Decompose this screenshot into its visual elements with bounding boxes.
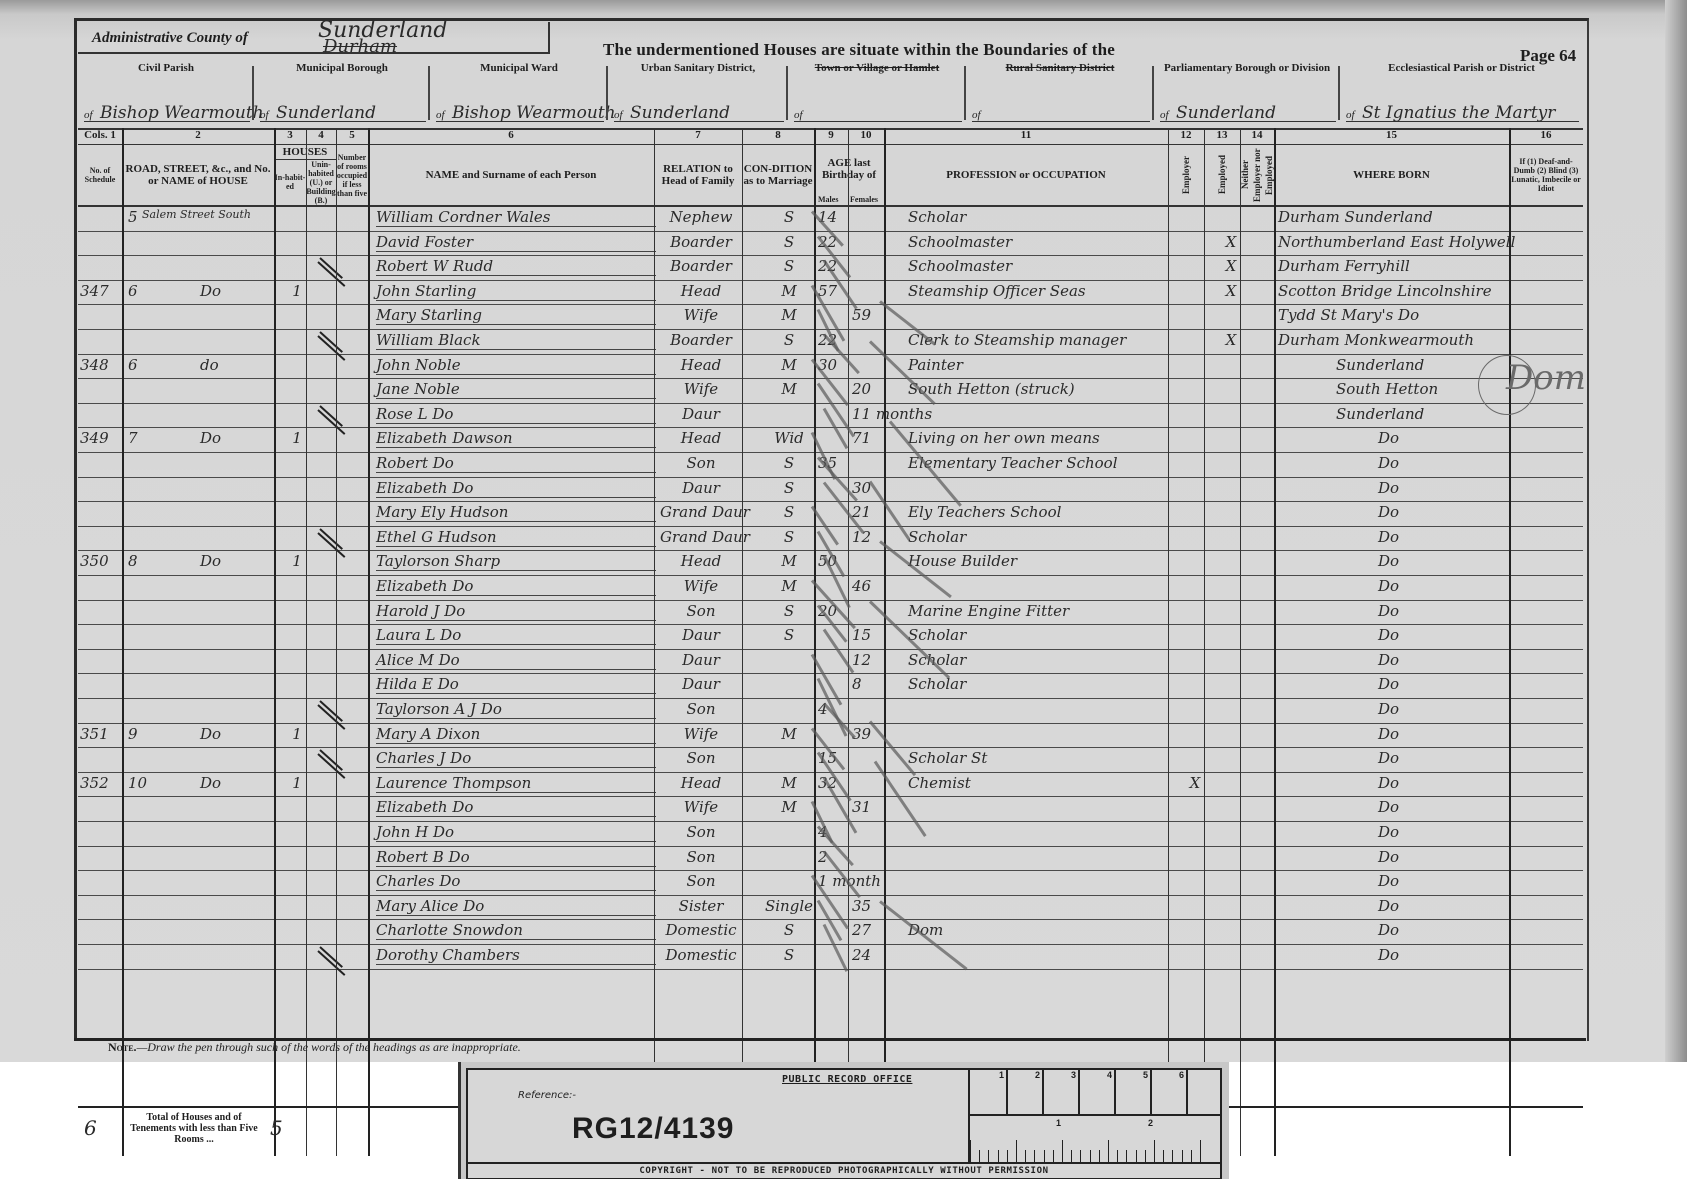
column-divider: [848, 128, 849, 1156]
relation-to-head: Son: [660, 454, 742, 472]
boundary-field-label: Civil Parish: [78, 62, 254, 75]
occupation: Scholar: [908, 208, 1186, 226]
occupation: Steamship Officer Seas: [908, 282, 1186, 300]
occupation: Schoolmaster: [908, 257, 1186, 275]
marital-condition: Single: [756, 897, 822, 915]
table-row: Dorothy ChambersDomesticS24Do: [78, 944, 1583, 970]
female-age: 12: [852, 651, 882, 669]
birthplace: Scotton Bridge Lincolnshire: [1278, 282, 1507, 300]
person-name: Ethel G Hudson: [376, 528, 656, 547]
relation-to-head: Wife: [660, 380, 742, 398]
birthplace: Do: [1378, 528, 1607, 546]
relation-to-head: Sister: [660, 897, 742, 915]
column-header-houses: HOUSES: [274, 145, 336, 160]
boundary-field-prefix: of: [794, 109, 803, 121]
person-name: Elizabeth Dawson: [376, 429, 656, 448]
birthplace: Do: [1378, 897, 1607, 915]
copyright-notice: COPYRIGHT - NOT TO BE REPRODUCED PHOTOGR…: [468, 1162, 1220, 1178]
house-number: 7: [128, 429, 138, 447]
column-header-cond: CON-DITION as to Marriage: [742, 145, 814, 205]
person-name: Mary Starling: [376, 306, 656, 325]
house-number: 5: [128, 208, 138, 226]
birthplace: Sunderland: [1336, 405, 1565, 423]
house-number: 9: [128, 725, 138, 743]
relation-to-head: Wife: [660, 306, 742, 324]
boundary-field: Municipal WardofBishop Wearmouth: [430, 58, 608, 128]
birthplace: Do: [1378, 823, 1607, 841]
boundary-field-prefix: of: [1346, 109, 1355, 121]
road-name: Do: [200, 725, 221, 743]
boundary-field-value: St Ignatius the Martyr: [1362, 103, 1555, 123]
relation-to-head: Daur: [660, 675, 742, 693]
field-divider: [964, 66, 966, 120]
table-row: Alice M DoDaur12ScholarDo: [78, 649, 1583, 675]
relation-to-head: Son: [660, 872, 742, 890]
column-divider: [654, 128, 655, 1156]
birthplace: Do: [1378, 602, 1607, 620]
boundary-field-value-line: ofBishop Wearmouth: [436, 95, 604, 122]
employed-mark: X: [1216, 257, 1246, 275]
column-divider: [1274, 128, 1276, 1156]
column-header-text: Employer: [1180, 156, 1192, 194]
relation-to-head: Head: [660, 774, 742, 792]
occupation: Schoolmaster: [908, 233, 1186, 251]
relation-to-head: Domestic: [660, 921, 742, 939]
ruler-minor-tick: [1182, 1150, 1183, 1162]
person-name: David Foster: [376, 233, 656, 252]
note-text: —Draw the pen through such of the words …: [137, 1040, 521, 1054]
person-name: William Cordner Wales: [376, 208, 656, 227]
ruler-minor-tick: [1154, 1140, 1155, 1162]
field-divider: [606, 66, 608, 120]
birthplace: Do: [1378, 946, 1607, 964]
ruler-mark: 6: [1150, 1070, 1188, 1114]
occupation: Elementary Teacher School: [908, 454, 1186, 472]
relation-to-head: Daur: [660, 626, 742, 644]
marital-condition: M: [756, 774, 822, 792]
column-header-road: ROAD, STREET, &c., and No. or NAME of HO…: [122, 145, 274, 205]
female-age: 59: [852, 306, 882, 324]
field-divider: [1338, 66, 1340, 120]
column-number: 14: [1240, 129, 1274, 141]
column-divider: [814, 128, 816, 1156]
ruler-minor-tick: [979, 1150, 980, 1162]
relation-to-head: Son: [660, 848, 742, 866]
administrative-county-box: Administrative County of Sunderland Durh…: [78, 22, 550, 54]
occupation: Marine Engine Fitter: [908, 602, 1186, 620]
marital-condition: S: [756, 454, 822, 472]
birthplace: Do: [1378, 749, 1607, 767]
relation-to-head: Son: [660, 602, 742, 620]
relation-to-head: Daur: [660, 479, 742, 497]
boundary-field-label: Town or Village or Hamlet: [788, 62, 966, 75]
employer-mark: X: [1180, 774, 1210, 792]
ruler-minor-tick: [1025, 1150, 1026, 1162]
birthplace: Do: [1378, 700, 1607, 718]
boundary-field-prefix: of: [614, 109, 623, 121]
admin-county-struck: Durham: [323, 36, 397, 57]
column-divider: [1204, 128, 1205, 1156]
ruler-sub-mark: 1: [1056, 1118, 1061, 1128]
female-age: 20: [852, 380, 882, 398]
road-name: do: [200, 356, 219, 374]
schedule-number: 348: [80, 356, 118, 374]
female-age: 12: [852, 528, 882, 546]
relation-to-head: Wife: [660, 798, 742, 816]
relation-to-head: Grand Daur: [660, 528, 742, 546]
boundary-field-value: Bishop Wearmouth: [100, 103, 264, 123]
person-name: Harold J Do: [376, 602, 656, 621]
person-name: Elizabeth Do: [376, 479, 656, 498]
column-number: 7: [654, 129, 742, 141]
boundary-field-label: Parliamentary Borough or Division: [1154, 62, 1340, 75]
relation-to-head: Son: [660, 700, 742, 718]
column-divider: [742, 128, 743, 1156]
female-age: 11 months: [852, 405, 882, 423]
column-number: 16: [1509, 129, 1583, 141]
boundary-field-value-line: ofSt Ignatius the Martyr: [1346, 95, 1579, 122]
ruler-minor-tick: [970, 1140, 971, 1162]
house-number: 8: [128, 552, 138, 570]
occupation: Scholar St: [908, 749, 1186, 767]
person-name: Taylorson A J Do: [376, 700, 656, 719]
ruler-minor-tick: [1080, 1150, 1081, 1162]
person-name: Rose L Do: [376, 405, 656, 424]
marital-condition: M: [756, 306, 822, 324]
birthplace: Do: [1378, 725, 1607, 743]
column-number: 3: [274, 129, 306, 141]
birthplace: Do: [1378, 921, 1607, 939]
person-name: John Noble: [376, 356, 656, 375]
road-name: Do: [200, 282, 221, 300]
birthplace: Northumberland East Holywell: [1278, 233, 1507, 251]
ruler-minor-tick: [1071, 1150, 1072, 1162]
boundary-field-prefix: of: [436, 109, 445, 121]
boundary-field-value: Bishop Wearmouth: [452, 103, 616, 123]
page-edge: [1665, 0, 1687, 1062]
person-name: Jane Noble: [376, 380, 656, 399]
marital-condition: M: [756, 552, 822, 570]
ruler-minor-tick: [1007, 1150, 1008, 1162]
ruler-mark: 1: [970, 1070, 1008, 1114]
ruler-minor-tick: [1099, 1150, 1100, 1162]
ruler-minor-tick: [1044, 1150, 1045, 1162]
ruler-minor-tick: [1126, 1150, 1127, 1162]
person-name: Mary Alice Do: [376, 897, 656, 916]
houses-total-value: 5: [270, 1116, 283, 1140]
table-row: Ethel G HudsonGrand DaurS12ScholarDo: [78, 526, 1583, 552]
boundary-field-value: Sunderland: [276, 103, 376, 123]
occupation: Scholar: [908, 528, 1186, 546]
note-prefix: Note.: [108, 1040, 137, 1054]
field-divider: [428, 66, 430, 120]
field-divider: [252, 66, 254, 120]
table-row: Mary Ely HudsonGrand DaurS21Ely Teachers…: [78, 501, 1583, 527]
birthplace: Durham Monkwearmouth: [1278, 331, 1507, 349]
column-header-age: AGE last Birthday of: [814, 145, 884, 193]
column-header-rooms: Number of rooms occupied if less than fi…: [336, 145, 368, 205]
ruler-minor-tick: [1163, 1150, 1164, 1162]
occupation: Clerk to Steamship manager: [908, 331, 1186, 349]
column-header-text: Neither Employer nor Employed: [1239, 145, 1275, 205]
boundary-field-value-line: ofSunderland: [260, 95, 426, 122]
boundary-field-label: Rural Sanitary District: [966, 62, 1154, 75]
field-divider: [786, 66, 788, 120]
ruler-minor-tick: [1016, 1140, 1017, 1162]
road-name: Do: [200, 774, 221, 792]
person-name: Dorothy Chambers: [376, 946, 656, 965]
ruler-mark: 2: [1006, 1070, 1044, 1114]
column-header-born: WHERE BORN: [1274, 145, 1509, 205]
column-divider: [274, 128, 276, 1156]
female-age: 71: [852, 429, 882, 447]
road-name: Salem Street South: [142, 208, 251, 221]
relation-to-head: Grand Daur: [660, 503, 742, 521]
marital-condition: M: [756, 380, 822, 398]
boundary-field-label: Municipal Borough: [254, 62, 430, 75]
marital-condition: S: [756, 233, 822, 251]
occupation: House Builder: [908, 552, 1186, 570]
female-age: 8: [852, 675, 882, 693]
employed-mark: X: [1216, 331, 1246, 349]
column-number: 12: [1168, 129, 1204, 141]
marital-condition: S: [756, 921, 822, 939]
record-office-label: PUBLIC RECORD OFFICE: [782, 1074, 912, 1085]
occupation: Living on her own means: [908, 429, 1186, 447]
ruler-minor-tick: [1117, 1150, 1118, 1162]
column-number: 11: [884, 129, 1168, 141]
female-age: 24: [852, 946, 882, 964]
marital-condition: S: [756, 626, 822, 644]
occupation: Scholar: [908, 651, 1186, 669]
table-row: Elizabeth DoWifeM31Do: [78, 796, 1583, 822]
column-number: 6: [368, 129, 654, 141]
schedule-number: 349: [80, 429, 118, 447]
relation-to-head: Son: [660, 823, 742, 841]
boundary-field-value-line: ofSunderland: [614, 95, 784, 122]
relation-to-head: Daur: [660, 651, 742, 669]
column-header-males: Males: [818, 195, 838, 204]
field-divider: [1152, 66, 1154, 120]
person-name: Elizabeth Do: [376, 798, 656, 817]
person-name: Robert Do: [376, 454, 656, 473]
birthplace: Do: [1378, 479, 1607, 497]
ruler-minor-tick: [1145, 1150, 1146, 1162]
female-age: 35: [852, 897, 882, 915]
reference-label: Reference:-: [518, 1090, 576, 1101]
column-headers-row: No. of ScheduleROAD, STREET, &c., and No…: [78, 145, 1583, 207]
column-header-sched: No. of Schedule: [78, 145, 122, 205]
boundary-field-prefix: of: [260, 109, 269, 121]
relation-to-head: Boarder: [660, 257, 742, 275]
reference-box: PUBLIC RECORD OFFICE Reference:- RG12/41…: [466, 1068, 1222, 1179]
relation-to-head: Domestic: [660, 946, 742, 964]
person-name: Laurence Thompson: [376, 774, 656, 793]
road-name: Do: [200, 429, 221, 447]
admin-county-underline: [308, 52, 528, 53]
boundary-field-prefix: of: [972, 109, 981, 121]
boundary-field: Parliamentary Borough or DivisionofSunde…: [1154, 58, 1340, 128]
person-name: William Black: [376, 331, 656, 350]
ruler-minor-tick: [1200, 1140, 1201, 1162]
schedule-number: 352: [80, 774, 118, 792]
relation-to-head: Head: [660, 356, 742, 374]
occupation: Ely Teachers School: [908, 503, 1186, 521]
person-name: Alice M Do: [376, 651, 656, 670]
house-number: 6: [128, 356, 138, 374]
column-header-name: NAME and Surname of each Person: [368, 145, 654, 205]
column-header-inhabited: In-habit-ed: [274, 159, 306, 205]
schedule-number: 351: [80, 725, 118, 743]
column-divider: [368, 128, 370, 1156]
ruler-minor-tick: [1191, 1150, 1192, 1162]
birthplace: Durham Sunderland: [1278, 208, 1507, 226]
person-name: John Starling: [376, 282, 656, 301]
boundary-field-value-line: of: [972, 95, 1150, 122]
boundary-field: Civil ParishofBishop Wearmouth: [78, 58, 254, 128]
ruler-minor-tick: [1053, 1150, 1054, 1162]
column-number: 2: [122, 129, 274, 141]
occupation: Scholar: [908, 626, 1186, 644]
boundary-field-value-line: ofBishop Wearmouth: [84, 95, 250, 122]
female-age: 31: [852, 798, 882, 816]
occupation: South Hetton (struck): [908, 380, 1186, 398]
column-header-uninhabited: Unin-habited (U.) or Building (B.): [306, 159, 336, 205]
ruler-minor-tick: [1062, 1140, 1063, 1162]
boundary-field-prefix: of: [1160, 109, 1169, 121]
column-divider: [306, 128, 307, 1156]
ruler-sub-mark: 2: [1148, 1118, 1153, 1128]
occupation: Scholar: [908, 675, 1186, 693]
birthplace: Do: [1378, 872, 1607, 890]
relation-to-head: Daur: [660, 405, 742, 423]
table-row: Mary Alice DoSisterSingle35Do: [78, 895, 1583, 921]
birthplace: Do: [1378, 798, 1607, 816]
reference-code: RG12/4139: [572, 1112, 734, 1146]
column-header-females: Females: [850, 195, 878, 204]
birthplace: Do: [1378, 577, 1607, 595]
column-divider: [1509, 128, 1511, 1156]
schedule-count-total: 6: [84, 1116, 97, 1140]
boundary-field-label: Urban Sanitary District,: [608, 62, 788, 75]
boundary-field-prefix: of: [84, 109, 93, 121]
table-row: 3519Do1Mary A DixonWifeM39Do: [78, 723, 1583, 749]
birthplace: Durham Ferryhill: [1278, 257, 1507, 275]
boundary-field: Urban Sanitary District,ofSunderland: [608, 58, 788, 128]
ruler-minor-tick: [1034, 1150, 1035, 1162]
boundary-field-value: Sunderland: [630, 103, 730, 123]
house-number: 6: [128, 282, 138, 300]
female-age: 27: [852, 921, 882, 939]
table-row: 5Salem Street SouthWilliam Cordner Wales…: [78, 206, 1583, 232]
person-name: Charles J Do: [376, 749, 656, 768]
ruler-midline: [970, 1114, 1220, 1116]
column-header-inf: If (1) Deaf-and-Dumb (2) Blind (3) Lunat…: [1509, 145, 1583, 205]
admin-county-label: Administrative County of: [92, 30, 248, 47]
boundary-field-value: Sunderland: [1176, 103, 1276, 123]
birthplace: Do: [1378, 774, 1607, 792]
boundary-field-value-line: of: [794, 95, 962, 122]
person-name: Mary A Dixon: [376, 725, 656, 744]
column-number: 10: [848, 129, 884, 141]
female-age: 21: [852, 503, 882, 521]
birthplace: Do: [1378, 626, 1607, 644]
column-divider: [122, 128, 124, 1156]
column-divider: [1168, 128, 1169, 1156]
occupation: Dom: [908, 921, 1186, 939]
boundary-field: Rural Sanitary Districtof: [966, 58, 1154, 128]
column-divider: [336, 128, 337, 1156]
ruler-minor-tick: [1136, 1150, 1137, 1162]
person-name: Robert W Rudd: [376, 257, 656, 276]
relation-to-head: Boarder: [660, 331, 742, 349]
houses-total-label: Total of Houses and of Tenements with le…: [124, 1112, 264, 1145]
birthplace: Do: [1378, 429, 1607, 447]
birthplace: Do: [1378, 503, 1607, 521]
headings-note: Note.—Draw the pen through such of the w…: [108, 1040, 521, 1055]
column-number: 5: [336, 129, 368, 141]
column-header-text: Employed: [1216, 155, 1228, 194]
column-header-rel: RELATION to Head of Family: [654, 145, 742, 205]
ruler-mark: 4: [1078, 1070, 1116, 1114]
person-name: Hilda E Do: [376, 675, 656, 694]
person-name: Elizabeth Do: [376, 577, 656, 596]
table-row: Elizabeth DoWifeM46Do: [78, 575, 1583, 601]
person-name: Charlotte Snowdon: [376, 921, 656, 940]
birthplace: Do: [1378, 454, 1607, 472]
column-divider: [884, 128, 886, 1156]
house-number: 10: [128, 774, 147, 792]
ruler-mark: 3: [1042, 1070, 1080, 1114]
person-name: Taylorson Sharp: [376, 552, 656, 571]
birthplace: Do: [1378, 552, 1607, 570]
relation-to-head: Son: [660, 749, 742, 767]
boundary-field-label: Municipal Ward: [430, 62, 608, 75]
relation-to-head: Head: [660, 282, 742, 300]
boundary-field-value-line: ofSunderland: [1160, 95, 1336, 122]
relation-to-head: Wife: [660, 725, 742, 743]
female-age: 46: [852, 577, 882, 595]
table-row: 3476Do1John StarlingHeadM57Steamship Off…: [78, 280, 1583, 306]
ruler-minor-tick: [1108, 1140, 1109, 1162]
relation-to-head: Head: [660, 552, 742, 570]
column-header-emp3: Neither Employer nor Employed: [1240, 145, 1274, 205]
person-name: Mary Ely Hudson: [376, 503, 656, 522]
column-number: Cols. 1: [78, 129, 122, 141]
ruler-minor-tick: [998, 1150, 999, 1162]
column-number: 4: [306, 129, 336, 141]
boundary-fields: Civil ParishofBishop WearmouthMunicipal …: [78, 58, 1583, 130]
female-age: 15: [852, 626, 882, 644]
boundary-field: Ecclesiastical Parish or DistrictofSt Ig…: [1340, 58, 1583, 128]
schedule-number: 350: [80, 552, 118, 570]
marital-condition: S: [756, 602, 822, 620]
employed-mark: X: [1216, 233, 1246, 251]
column-number: 9: [814, 129, 848, 141]
relation-to-head: Head: [660, 429, 742, 447]
table-row: 3486doJohn NobleHeadM30PainterSunderland: [78, 354, 1583, 380]
boundary-field: Town or Village or Hamletof: [788, 58, 966, 128]
occupation: Chemist: [908, 774, 1186, 792]
column-header-emp2: Employed: [1204, 145, 1240, 205]
birthplace: Do: [1378, 848, 1607, 866]
margin-annotation: Dom: [1506, 358, 1586, 398]
column-header-occ: PROFESSION or OCCUPATION: [884, 145, 1168, 205]
marital-condition: S: [756, 331, 822, 349]
person-name: Laura L Do: [376, 626, 656, 645]
table-row: Charles DoSon1 monthDo: [78, 870, 1583, 896]
marital-condition: S: [756, 528, 822, 546]
